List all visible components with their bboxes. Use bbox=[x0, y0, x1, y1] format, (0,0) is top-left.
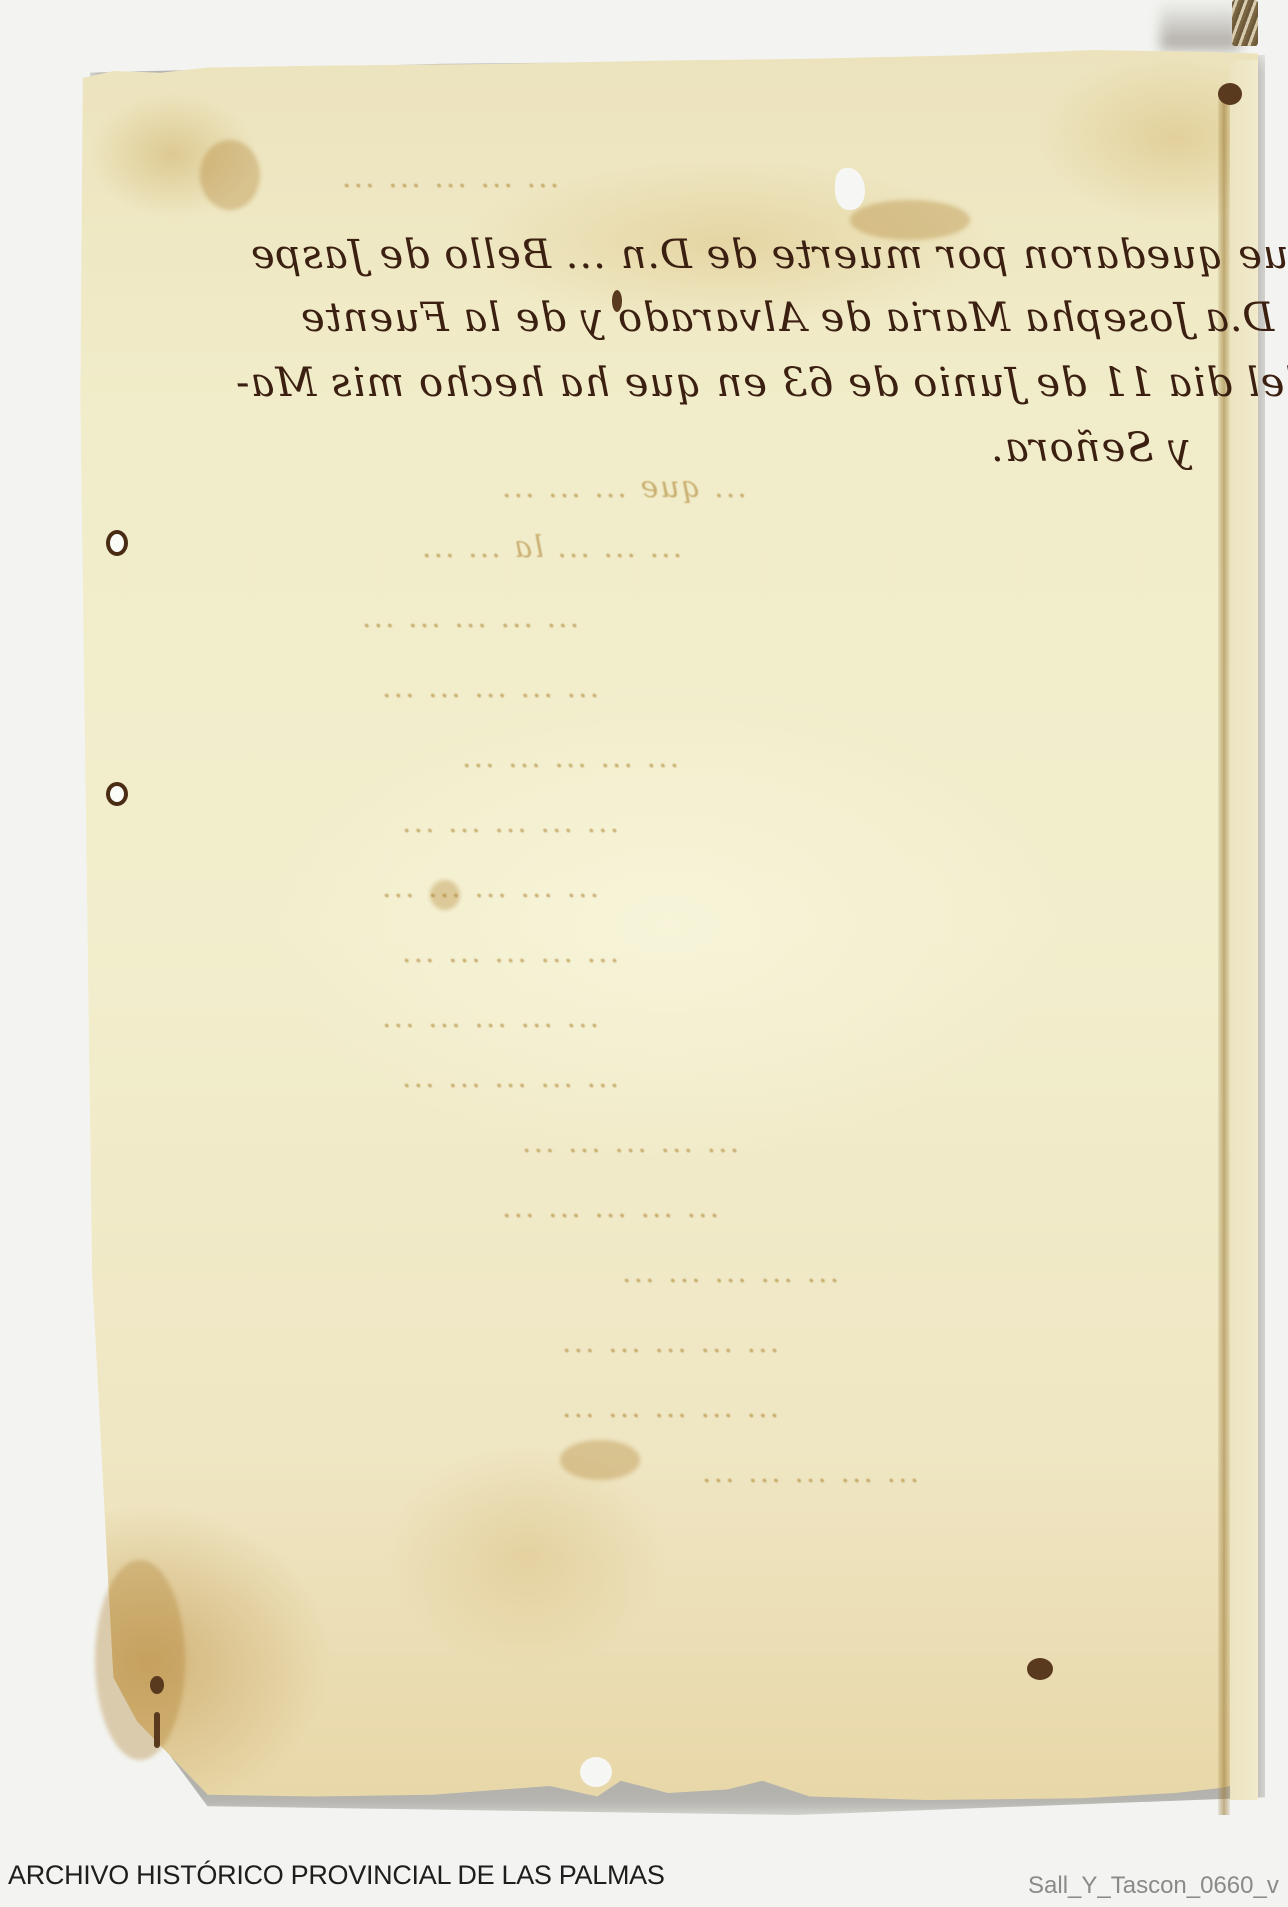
bleed-through-line: ... ... ... ... ... bbox=[520, 1125, 739, 1160]
paper-tear bbox=[835, 168, 865, 210]
paper-tear bbox=[580, 1757, 612, 1787]
image-identifier: Sall_Y_Tascon_0660_v bbox=[1028, 1872, 1279, 1900]
bleed-through-line: ... ... ... ... ... bbox=[620, 1255, 839, 1290]
bleed-through-line: ... ... ... ... ... bbox=[400, 805, 619, 840]
archive-caption: ARCHIVO HISTÓRICO PROVINCIAL DE LAS PALM… bbox=[8, 1860, 665, 1891]
bleed-through-line: ... ... ... la ... ... bbox=[420, 530, 682, 565]
stain bbox=[200, 140, 260, 210]
manuscript-line: Los bienes que quedaron por muerte de D.… bbox=[250, 232, 1288, 278]
ink-spot bbox=[1027, 1658, 1053, 1680]
corner-shadow bbox=[1160, 0, 1240, 50]
bleed-through-line: ... ... ... ... ... bbox=[500, 1190, 719, 1225]
manuscript-line: y Señora. bbox=[990, 425, 1191, 471]
ink-mark bbox=[154, 1712, 160, 1748]
bleed-through-line: ... ... ... ... ... bbox=[560, 1325, 779, 1360]
wormhole bbox=[1218, 83, 1242, 105]
stain bbox=[560, 1440, 640, 1480]
bleed-through-line: ... ... ... ... ... bbox=[380, 1000, 599, 1035]
bleed-through-line: ... ... ... ... ... bbox=[400, 1060, 619, 1095]
manuscript-line: Falcon y D.a Josepha Maria de Alvarado y… bbox=[300, 295, 1288, 341]
bleed-through-line: ... ... ... ... ... bbox=[560, 1390, 779, 1425]
stain bbox=[95, 1560, 185, 1760]
bleed-through-line: ... ... ... ... ... bbox=[380, 870, 599, 905]
manuscript-line: Padres de los del dia 11 de Junio de 63 … bbox=[235, 360, 1288, 406]
binding-thread bbox=[1232, 0, 1258, 46]
bleed-through-line: ... ... ... ... ... bbox=[460, 740, 679, 775]
bleed-through-line: ... que ... ... ... bbox=[500, 470, 747, 505]
bleed-through-line: ... ... ... ... ... bbox=[360, 600, 579, 635]
bleed-through-line: ... ... ... ... ... bbox=[700, 1455, 919, 1490]
scanned-page: Los bienes que quedaron por muerte de D.… bbox=[0, 0, 1288, 1830]
binding-fold bbox=[1218, 95, 1230, 1815]
punch-hole bbox=[106, 530, 128, 556]
bleed-through-line: ... ... ... ... ... bbox=[340, 160, 559, 195]
bleed-through-line: ... ... ... ... ... bbox=[400, 935, 619, 970]
ink-spot bbox=[150, 1676, 164, 1694]
bleed-through-line: ... ... ... ... ... bbox=[380, 670, 599, 705]
punch-hole bbox=[106, 782, 128, 806]
